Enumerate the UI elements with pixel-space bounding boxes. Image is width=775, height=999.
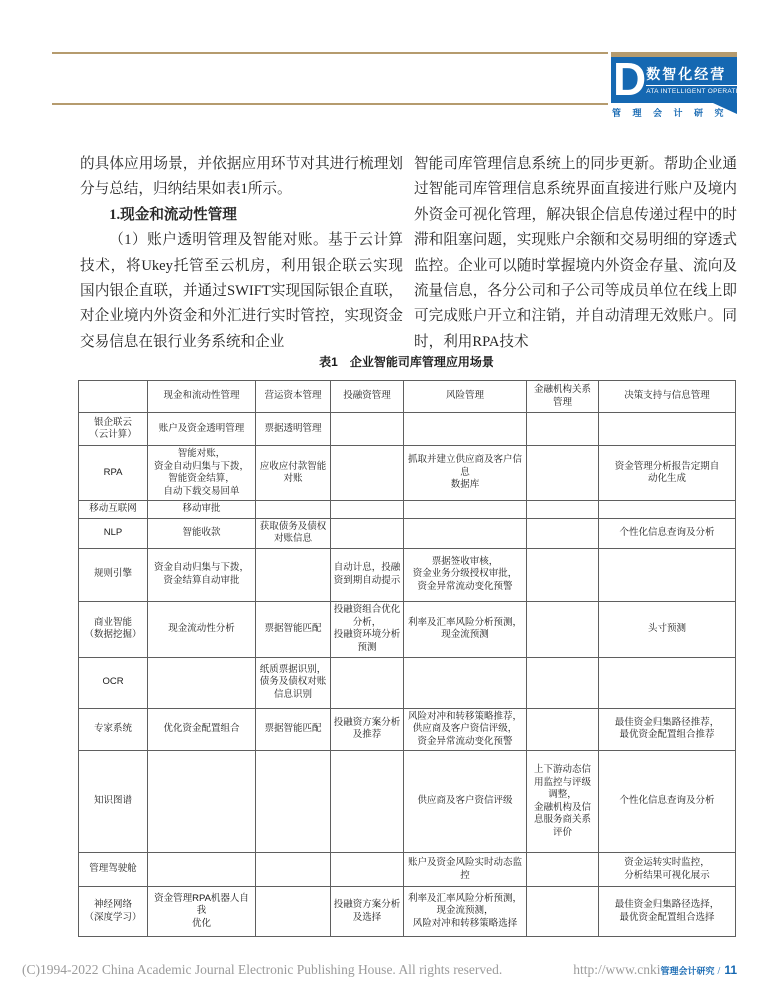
table-cell bbox=[527, 601, 599, 657]
table-row: 规则引擎资金自动归集与下拨， 资金结算自动审批自动计息，投融 资到期自动提示票据… bbox=[79, 548, 736, 601]
table-header-cell: 现金和流动性管理 bbox=[148, 381, 256, 413]
logo-text-block: 数智化经营 ATA INTELLIGENT OPERATION bbox=[644, 57, 751, 103]
row-label-cell: 规则引擎 bbox=[79, 548, 148, 601]
table-cell: 个性化信息查询及分析 bbox=[599, 518, 736, 548]
table-cell: 资金管理分析报告定期自 动化生成 bbox=[599, 446, 736, 501]
table-cell: 投融资方案分析 及选择 bbox=[331, 887, 404, 937]
table-cell bbox=[404, 501, 527, 519]
table-cell bbox=[331, 446, 404, 501]
row-label-cell: 银企联云 （云计算） bbox=[79, 413, 148, 446]
table-cell: 智能收款 bbox=[148, 518, 256, 548]
logo-letter-d: D bbox=[613, 57, 644, 103]
journal-page: D 数智化经营 ATA INTELLIGENT OPERATION 管理会计研究… bbox=[0, 0, 775, 999]
table-header-cell: 金融机构关系 管理 bbox=[527, 381, 599, 413]
table-cell: 抓取并建立供应商及客户信息 数据库 bbox=[404, 446, 527, 501]
table-row: 银企联云 （云计算）账户及资金透明管理票据透明管理 bbox=[79, 413, 736, 446]
table-title: 表1 企业智能司库管理应用场景 bbox=[78, 353, 735, 370]
table-cell bbox=[256, 548, 331, 601]
application-table: 现金和流动性管理营运资本管理投融资管理风险管理金融机构关系 管理决策支持与信息管… bbox=[78, 380, 736, 937]
logo-divider bbox=[646, 85, 748, 86]
logo-title-en: ATA INTELLIGENT OPERATION bbox=[646, 88, 748, 95]
table-cell: 智能对账， 资金自动归集与下拨， 智能资金结算， 自动下载交易回单 bbox=[148, 446, 256, 501]
row-label-cell: NLP bbox=[79, 518, 148, 548]
table-cell: 最佳资金归集路径选择， 最优资金配置组合选择 bbox=[599, 887, 736, 937]
row-label-cell: 知识图谱 bbox=[79, 751, 148, 853]
paragraph-continuation: 的具体应用场景，并依据应用环节对其进行梳理划分与总结，归纳结果如表1所示。 bbox=[80, 152, 403, 203]
footer-page-number: 11 bbox=[724, 963, 737, 977]
table-cell bbox=[331, 853, 404, 887]
row-label-cell: 专家系统 bbox=[79, 708, 148, 751]
table-cell: 票据智能匹配 bbox=[256, 601, 331, 657]
table-cell: 头寸预测 bbox=[599, 601, 736, 657]
table-cell: 投融资方案分析 及推荐 bbox=[331, 708, 404, 751]
table-cell bbox=[527, 518, 599, 548]
table-cell: 资金自动归集与下拨， 资金结算自动审批 bbox=[148, 548, 256, 601]
table-cell: 纸质票据识别， 债务及债权对账 信息识别 bbox=[256, 657, 331, 708]
row-label-cell: 管理驾驶舱 bbox=[79, 853, 148, 887]
table-row: NLP智能收款获取债务及债权 对账信息个性化信息查询及分析 bbox=[79, 518, 736, 548]
table-cell bbox=[256, 887, 331, 937]
table-cell bbox=[599, 501, 736, 519]
table-cell bbox=[527, 853, 599, 887]
table-row: RPA智能对账， 资金自动归集与下拨， 智能资金结算， 自动下载交易回单应收应付… bbox=[79, 446, 736, 501]
footer-journal-name: 管理会计研究 bbox=[661, 964, 715, 977]
table-cell bbox=[331, 657, 404, 708]
table-cell bbox=[256, 853, 331, 887]
paragraph: （1）账户透明管理及智能对账。基于云计算技术，将Ukey托管至云机房，利用银企联… bbox=[80, 228, 403, 355]
table-cell: 风险对冲和转移策略推荐， 供应商及客户资信评级， 资金异常流动变化预警 bbox=[404, 708, 527, 751]
header-rule-bottom bbox=[52, 103, 608, 105]
table-cell bbox=[256, 501, 331, 519]
table-cell bbox=[148, 657, 256, 708]
table-cell: 资金管理RPA机器人自我 优化 bbox=[148, 887, 256, 937]
copyright-text: (C)1994-2022 China Academic Journal Elec… bbox=[22, 962, 502, 978]
table-cell: 上下游动态信 用监控与评级 调整， 金融机构及信 息服务商关系 评价 bbox=[527, 751, 599, 853]
table-row: 知识图谱供应商及客户资信评级上下游动态信 用监控与评级 调整， 金融机构及信 息… bbox=[79, 751, 736, 853]
table-corner-cell bbox=[79, 381, 148, 413]
row-label-cell: OCR bbox=[79, 657, 148, 708]
journal-logo: D 数智化经营 ATA INTELLIGENT OPERATION 管理会计研究 bbox=[611, 52, 737, 119]
table-cell bbox=[148, 751, 256, 853]
table-header-cell: 营运资本管理 bbox=[256, 381, 331, 413]
table-row: 商业智能 （数据挖掘）现金流动性分析票据智能匹配投融资组合优化 分析， 投融资环… bbox=[79, 601, 736, 657]
header-rule-top bbox=[52, 52, 608, 54]
table-cell bbox=[527, 548, 599, 601]
body-column-left: 的具体应用场景，并依据应用环节对其进行梳理划分与总结，归纳结果如表1所示。 1.… bbox=[80, 152, 403, 355]
table-cell: 账户及资金风险实时动态监控 bbox=[404, 853, 527, 887]
table-cell: 个性化信息查询及分析 bbox=[599, 751, 736, 853]
paragraph: 智能司库管理信息系统上的同步更新。帮助企业通过智能司库管理信息系统界面直接进行账… bbox=[414, 152, 737, 355]
row-label-cell: 移动互联网 bbox=[79, 501, 148, 519]
table-row: 神经网络 （深度学习）资金管理RPA机器人自我 优化投融资方案分析 及选择利率及… bbox=[79, 887, 736, 937]
table-cell bbox=[404, 518, 527, 548]
table-row: 移动互联网移动审批 bbox=[79, 501, 736, 519]
table-cell bbox=[331, 413, 404, 446]
table-cell bbox=[331, 501, 404, 519]
table-cell: 供应商及客户资信评级 bbox=[404, 751, 527, 853]
table-cell bbox=[148, 853, 256, 887]
logo-subtitle-row: 管理会计研究 bbox=[611, 105, 737, 119]
table-cell bbox=[404, 657, 527, 708]
table-cell: 票据智能匹配 bbox=[256, 708, 331, 751]
table-cell bbox=[256, 751, 331, 853]
table-cell: 票据透明管理 bbox=[256, 413, 331, 446]
footer-separator: / bbox=[718, 966, 721, 977]
row-label-cell: RPA bbox=[79, 446, 148, 501]
table-cell: 移动审批 bbox=[148, 501, 256, 519]
logo-title-cn: 数智化经营 bbox=[646, 66, 748, 83]
logo-blue-box: D 数智化经营 ATA INTELLIGENT OPERATION bbox=[611, 57, 737, 103]
table-header-cell: 投融资管理 bbox=[331, 381, 404, 413]
table-cell bbox=[599, 657, 736, 708]
row-label-cell: 商业智能 （数据挖掘） bbox=[79, 601, 148, 657]
table-cell: 获取债务及债权 对账信息 bbox=[256, 518, 331, 548]
table-header-cell: 决策支持与信息管理 bbox=[599, 381, 736, 413]
table-row: 管理驾驶舱账户及资金风险实时动态监控资金运转实时监控， 分析结果可视化展示 bbox=[79, 853, 736, 887]
table-cell: 利率及汇率风险分析预测， 现金流预测 bbox=[404, 601, 527, 657]
table-cell bbox=[527, 413, 599, 446]
table-header-row: 现金和流动性管理营运资本管理投融资管理风险管理金融机构关系 管理决策支持与信息管… bbox=[79, 381, 736, 413]
table-cell: 应收应付款智能 对账 bbox=[256, 446, 331, 501]
table-row: 专家系统优化资金配置组合票据智能匹配投融资方案分析 及推荐风险对冲和转移策略推荐… bbox=[79, 708, 736, 751]
table-header-cell: 风险管理 bbox=[404, 381, 527, 413]
table-cell: 最佳资金归集路径推荐， 最优资金配置组合推荐 bbox=[599, 708, 736, 751]
table-cell: 账户及资金透明管理 bbox=[148, 413, 256, 446]
table-cell bbox=[527, 446, 599, 501]
body-column-right: 智能司库管理信息系统上的同步更新。帮助企业通过智能司库管理信息系统界面直接进行账… bbox=[414, 152, 737, 355]
table-cell bbox=[331, 751, 404, 853]
table-cell bbox=[599, 413, 736, 446]
page-footer: (C)1994-2022 China Academic Journal Elec… bbox=[22, 962, 737, 978]
table-row: OCR纸质票据识别， 债务及债权对账 信息识别 bbox=[79, 657, 736, 708]
table-cell: 自动计息，投融 资到期自动提示 bbox=[331, 548, 404, 601]
table-cell bbox=[527, 708, 599, 751]
row-label-cell: 神经网络 （深度学习） bbox=[79, 887, 148, 937]
table-cell: 优化资金配置组合 bbox=[148, 708, 256, 751]
table-cell bbox=[527, 501, 599, 519]
section-heading: 1.现金和流动性管理 bbox=[80, 203, 403, 228]
table-cell: 利率及汇率风险分析预测， 现金流预测， 风险对冲和转移策略选择 bbox=[404, 887, 527, 937]
table-cell: 资金运转实时监控， 分析结果可视化展示 bbox=[599, 853, 736, 887]
table-cell bbox=[527, 657, 599, 708]
table-cell bbox=[331, 518, 404, 548]
table-cell: 现金流动性分析 bbox=[148, 601, 256, 657]
table-cell bbox=[599, 548, 736, 601]
table-cell: 投融资组合优化 分析， 投融资环境分析 预测 bbox=[331, 601, 404, 657]
table-cell: 票据签收审核， 资金业务分级授权审批， 资金异常流动变化预警 bbox=[404, 548, 527, 601]
table-cell bbox=[404, 413, 527, 446]
cnki-url: http://www.cnki bbox=[573, 962, 660, 978]
logo-swoosh-shape bbox=[713, 103, 737, 114]
table-cell bbox=[527, 887, 599, 937]
